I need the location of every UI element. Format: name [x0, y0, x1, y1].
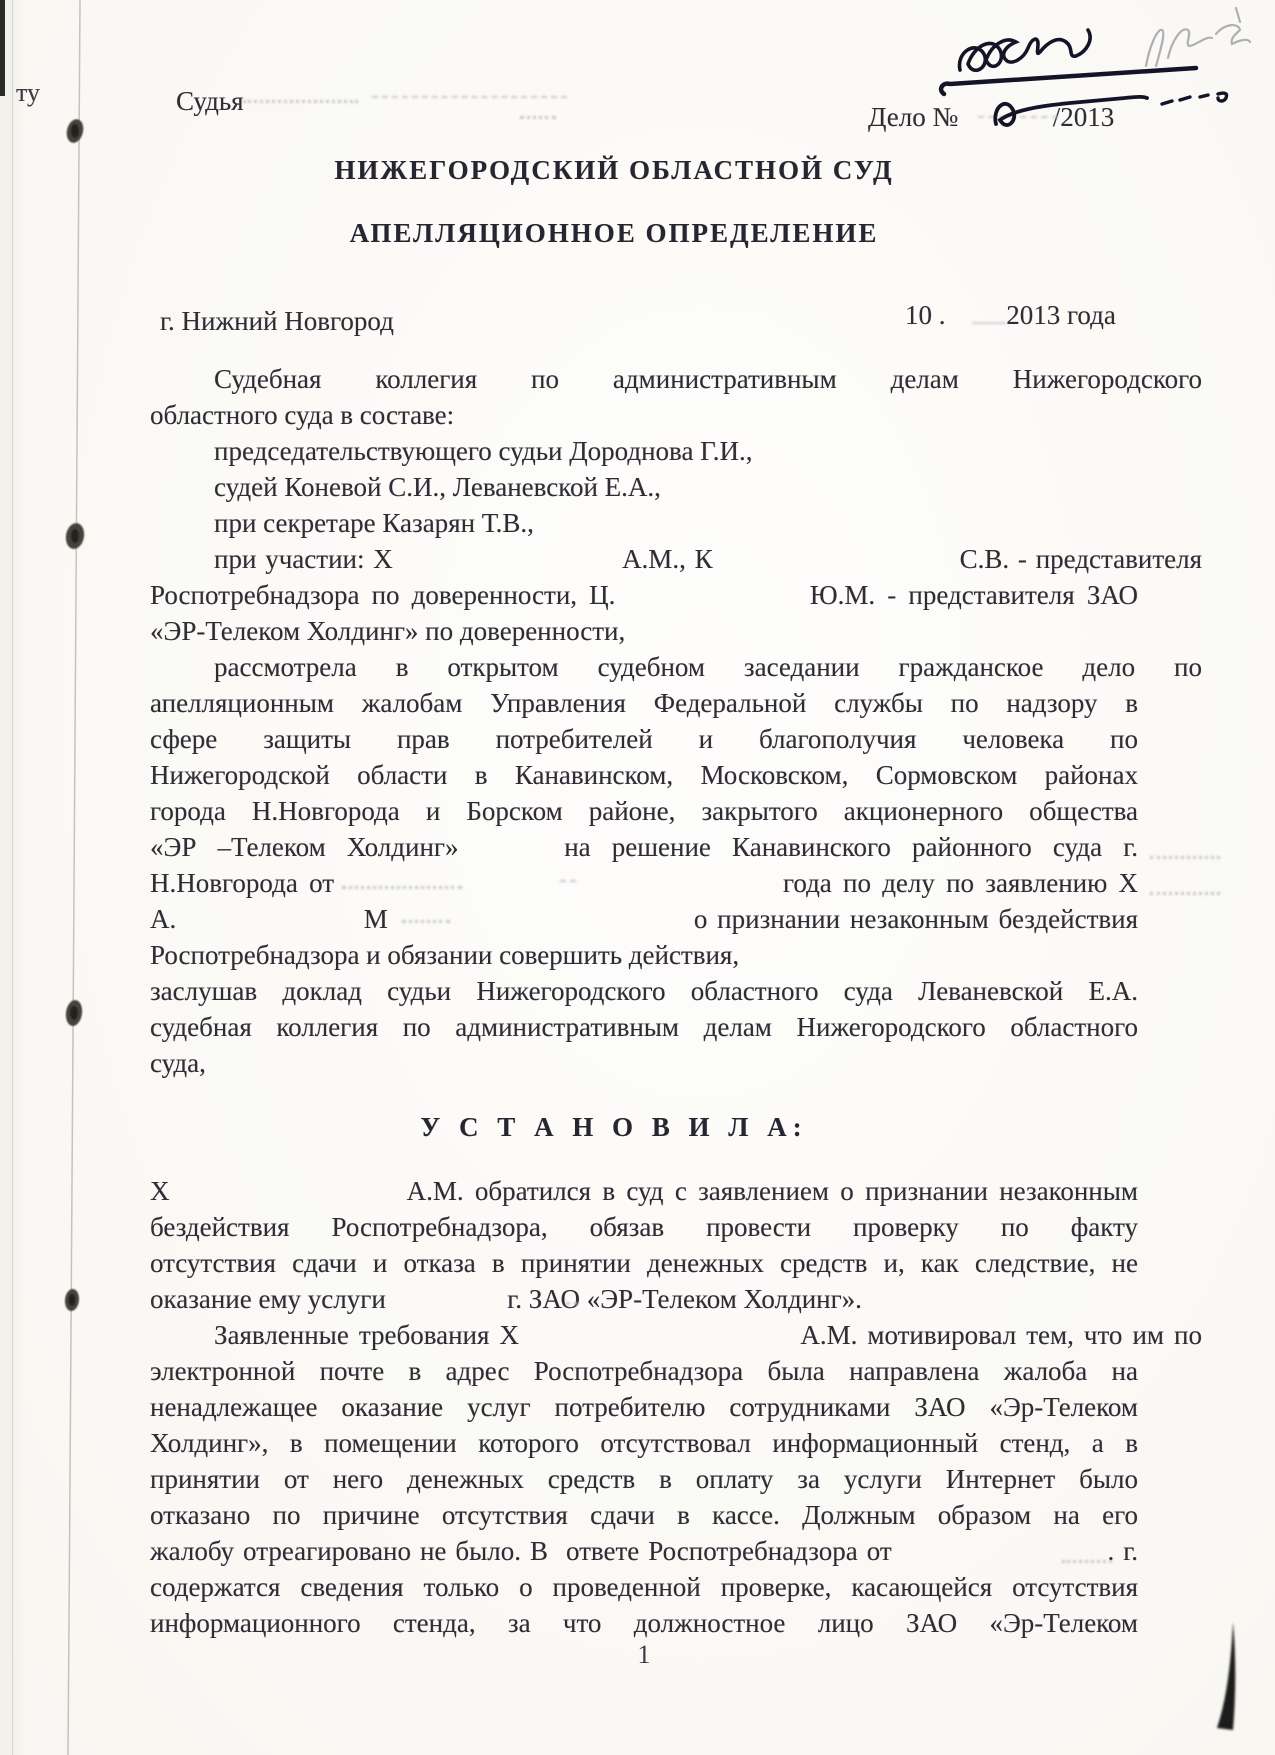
- text-line: Н.Новгорода от года по делу по заявлению…: [150, 868, 1138, 899]
- text-line: жалобу отреагировано не было. В ответе Р…: [150, 1536, 1138, 1567]
- redaction-smudge: [978, 116, 1058, 118]
- redaction-smudge: [972, 322, 1006, 324]
- redaction-smudge: [402, 920, 450, 923]
- text-line: бездействия Роспотребнадзора, обязав про…: [150, 1212, 1138, 1243]
- text-line: «ЭР –Телеком Холдинг» на решение Канавин…: [150, 832, 1138, 863]
- text-line: А. М о признании незаконным бездействия: [150, 904, 1138, 935]
- text-line: сфере защиты прав потребителей и благопо…: [150, 724, 1138, 755]
- text-line: при участии: Х А.М., К С.В. - представит…: [150, 544, 1202, 575]
- redaction-smudge: [342, 886, 462, 889]
- redaction-smudge: [520, 116, 556, 119]
- redaction-smudge: [1062, 1560, 1112, 1563]
- text-line: апелляционным жалобам Управления Федерал…: [150, 688, 1138, 719]
- text-line: ненадлежащее оказание услуг потребителю …: [150, 1392, 1138, 1423]
- city-label: г. Нижний Новгород: [160, 306, 394, 336]
- document-type-heading: АПЕЛЛЯЦИОННОЕ ОПРЕДЕЛЕНИЕ: [120, 218, 1108, 249]
- text-line: Нижегородской области в Канавинском, Мос…: [150, 760, 1138, 791]
- text-line: Роспотребнадзора и обязании совершить де…: [150, 940, 1138, 971]
- text-line: суда,: [150, 1048, 1138, 1079]
- court-name-heading: НИЖЕГОРОДСКИЙ ОБЛАСТНОЙ СУД: [120, 155, 1108, 186]
- text-line: заслушав доклад судьи Нижегородского обл…: [150, 976, 1138, 1007]
- text-line: Судебная коллегия по административным де…: [150, 364, 1202, 395]
- text-line: рассмотрела в открытом судебном заседани…: [150, 652, 1202, 683]
- text-line: содержатся сведения только о проведенной…: [150, 1572, 1138, 1603]
- text-line: областного суда в составе:: [150, 400, 1138, 431]
- date-label: 10 . 2013 года: [905, 300, 1116, 330]
- text-line: Роспотребнадзора по доверенности, Ц. Ю.М…: [150, 580, 1138, 611]
- redaction-smudge: [243, 100, 358, 103]
- redaction-smudge: [560, 880, 576, 882]
- text-line: Х А.М. обратился в суд с заявлением о пр…: [150, 1176, 1138, 1207]
- text-line: информационного стенда, за что должностн…: [150, 1608, 1138, 1639]
- redaction-smudge: [1150, 856, 1220, 859]
- text-line: города Н.Новгорода и Борском районе, зак…: [150, 796, 1138, 827]
- scanned-document-page: ту Судья Дело № /2013 НИЖЕГОРОДСКИЙ ОБЛА…: [0, 0, 1275, 1755]
- page-number: 1: [150, 1640, 1138, 1670]
- text-line: председательствующего судьи Дороднова Г.…: [150, 436, 1202, 467]
- text-line: оказание ему услуги г. ЗАО «ЭР-Телеком Х…: [150, 1284, 1138, 1315]
- text-line: электронной почте в адрес Роспотребнадзо…: [150, 1356, 1138, 1387]
- text-line: судей Коневой С.И., Леваневской Е.А.,: [150, 472, 1202, 503]
- text-line: Холдинг», в помещении которого отсутство…: [150, 1428, 1138, 1459]
- text-line: при секретаре Казарян Т.В.,: [150, 508, 1202, 539]
- redaction-smudge: [372, 96, 567, 98]
- redaction-smudge: [566, 1302, 578, 1305]
- ruling-section-heading: У С Т А Н О В И Л А:: [120, 1112, 1108, 1143]
- text-line: «ЭР-Телеком Холдинг» по доверенности,: [150, 616, 1138, 647]
- text-line: отказано по причине отсутствия сдачи в к…: [150, 1500, 1138, 1531]
- judge-label: Судья: [176, 86, 244, 116]
- redaction-smudge: [1150, 892, 1220, 895]
- text-line: отсутствия сдачи и отказа в принятии ден…: [150, 1248, 1138, 1279]
- text-line: Заявленные требования Х А.М. мотивировал…: [150, 1320, 1202, 1351]
- left-edge-text-fragment: ту: [16, 78, 40, 108]
- text-line: принятии от него денежных средств в опла…: [150, 1464, 1138, 1495]
- text-line: судебная коллегия по административным де…: [150, 1012, 1138, 1043]
